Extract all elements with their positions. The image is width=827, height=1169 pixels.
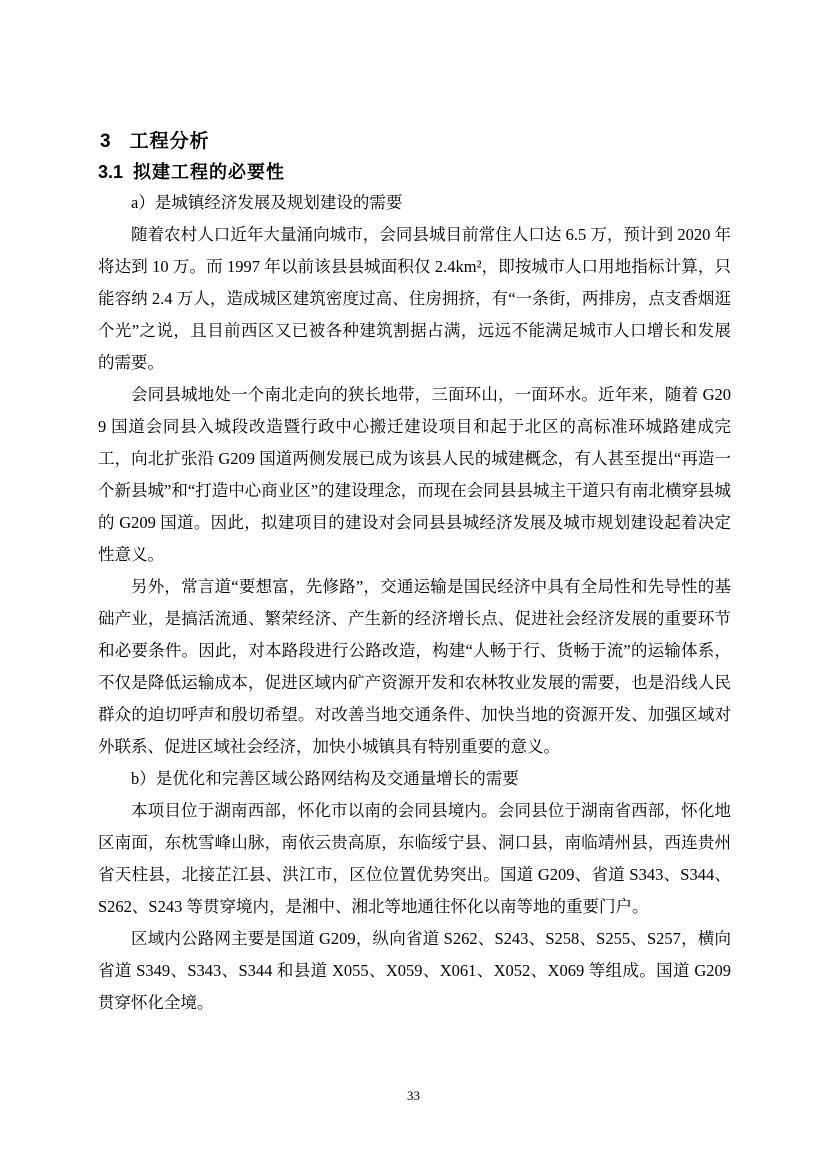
paragraph-2: 会同县城地处一个南北走向的狭长地带，三面环山，一面环水。近年来，随着 G209 … (98, 379, 731, 571)
list-item-a: a）是城镇经济发展及规划建设的需要 (98, 187, 731, 219)
document-page: 3工程分析 3.1拟建工程的必要性 a）是城镇经济发展及规划建设的需要 随着农村… (0, 0, 827, 1169)
paragraph-1: 随着农村人口近年大量涌向城市，会同县城目前常住人口达 6.5 万，预计到 202… (98, 219, 731, 379)
subsection-number: 3.1 (98, 162, 123, 182)
section-number: 3 (100, 131, 111, 152)
list-item-b: b）是优化和完善区域公路网结构及交通量增长的需要 (98, 763, 731, 795)
subsection-title: 拟建工程的必要性 (133, 162, 285, 182)
paragraph-4: 本项目位于湖南西部，怀化市以南的会同县境内。会同县位于湖南省西部，怀化地区南面，… (98, 795, 731, 923)
paragraph-3: 另外，常言道“要想富，先修路”，交通运输是国民经济中具有全局性和先导性的基础产业… (98, 571, 731, 763)
section-title: 工程分析 (130, 131, 210, 152)
subsection-heading: 3.1拟建工程的必要性 (98, 159, 731, 185)
paragraph-5: 区域内公路网主要是国道 G209，纵向省道 S262、S243、S258、S25… (98, 923, 731, 1019)
section-heading: 3工程分析 (100, 129, 731, 155)
page-number: 33 (0, 1088, 827, 1104)
